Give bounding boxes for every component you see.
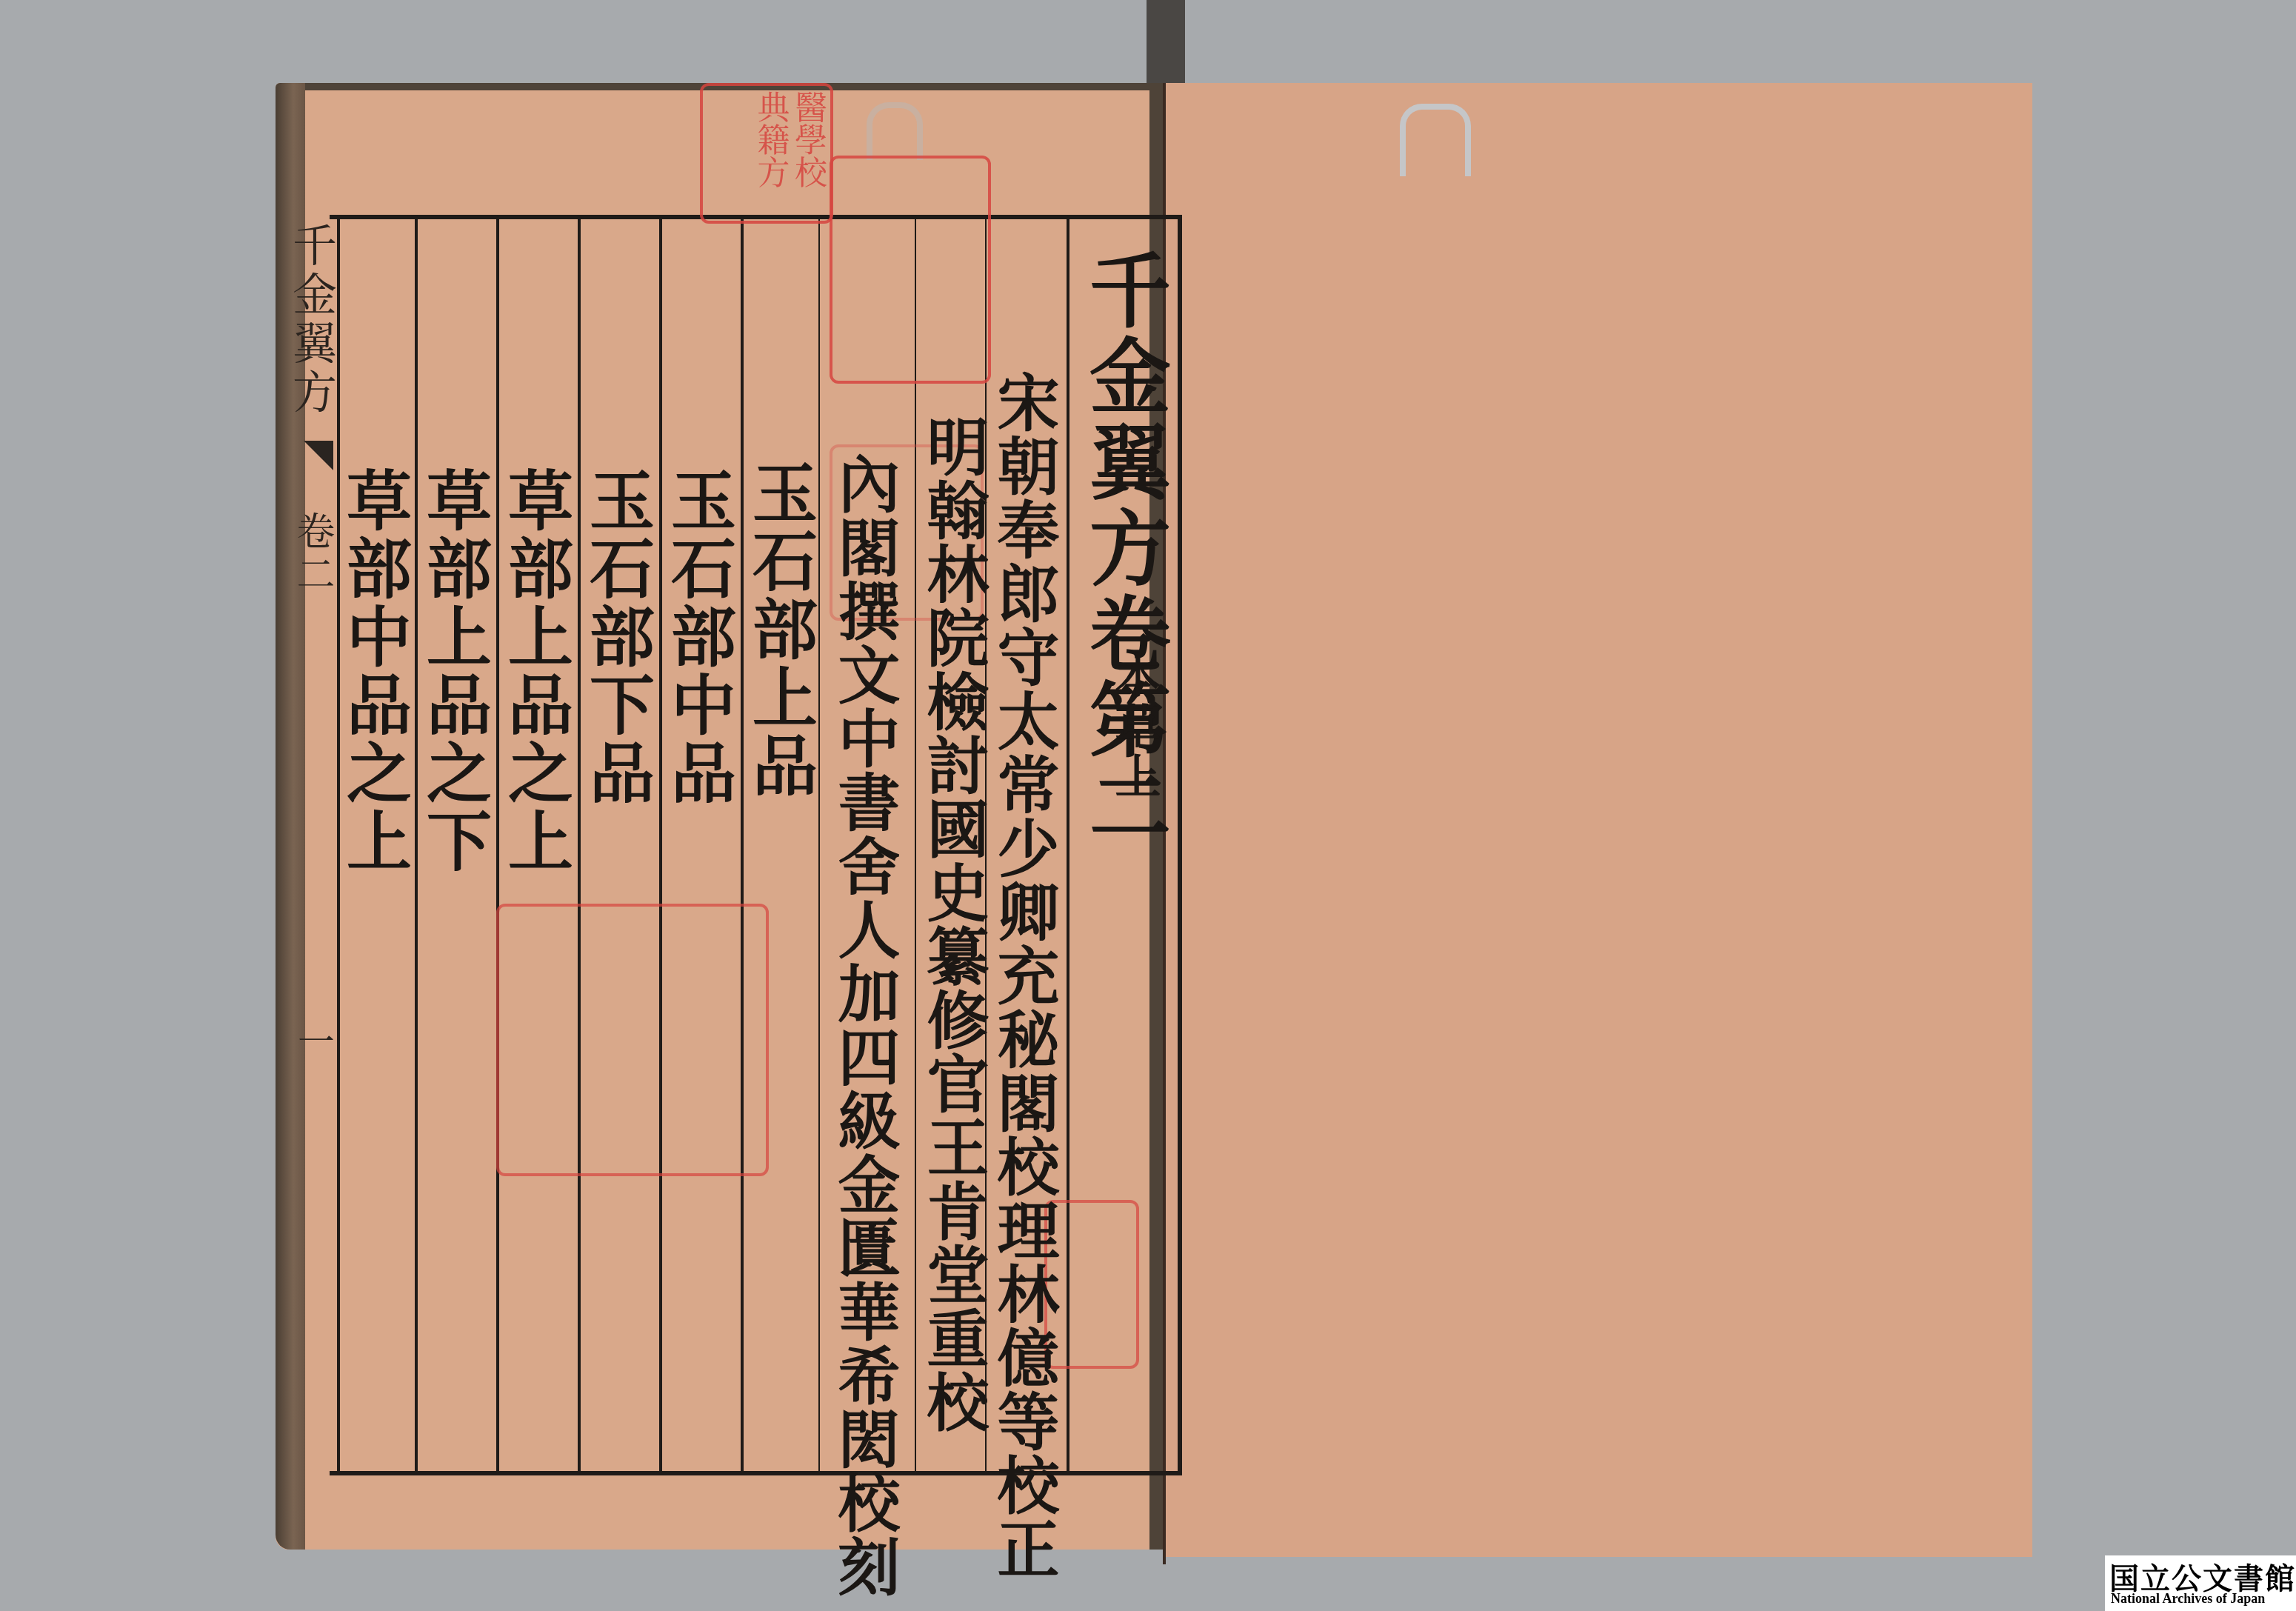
editor-line: 明翰林院檢討國史纂修官王肯堂重校	[922, 415, 984, 1434]
background-strip	[1147, 0, 1185, 83]
column-rule	[818, 219, 820, 1471]
right-page	[1164, 83, 2032, 1557]
seal-stamp	[496, 904, 769, 1176]
wormhole-damage	[867, 102, 923, 160]
wormhole-damage	[1400, 104, 1471, 176]
column-rule	[741, 219, 744, 1471]
archive-watermark-logo: 国立公文書館 National Archives of Japan	[2105, 1555, 2296, 1611]
editor-line: 內閣撰文中書舍人加四級金匱華希閎校刻	[833, 452, 895, 1598]
contents-item: 玉石部上品	[748, 459, 813, 800]
contents-item: 草部上品之上	[504, 467, 569, 875]
column-rule	[659, 219, 662, 1471]
section-title: 本草上	[1111, 652, 1157, 803]
contents-item: 玉石部中品	[667, 467, 732, 807]
margin-volume: 卷二	[293, 511, 331, 597]
editor-line: 宋朝奉郎守太常少卿充秘閣校理林億等校正	[992, 370, 1055, 1581]
margin-folio-number: 一	[295, 1022, 332, 1064]
column-rule	[915, 219, 916, 1471]
contents-item: 草部中品之上	[342, 467, 407, 875]
seal-stamp	[830, 156, 991, 384]
column-rule	[578, 219, 581, 1471]
contents-item: 玉石部下品	[585, 467, 650, 807]
seal-stamp-library: 醫學校典籍方	[700, 83, 833, 224]
fishtail-mark-icon	[304, 441, 333, 470]
margin-book-title: 千金翼方	[289, 222, 333, 418]
contents-item: 草部上品之下	[422, 467, 487, 875]
watermark-english: National Archives of Japan	[2111, 1591, 2265, 1607]
